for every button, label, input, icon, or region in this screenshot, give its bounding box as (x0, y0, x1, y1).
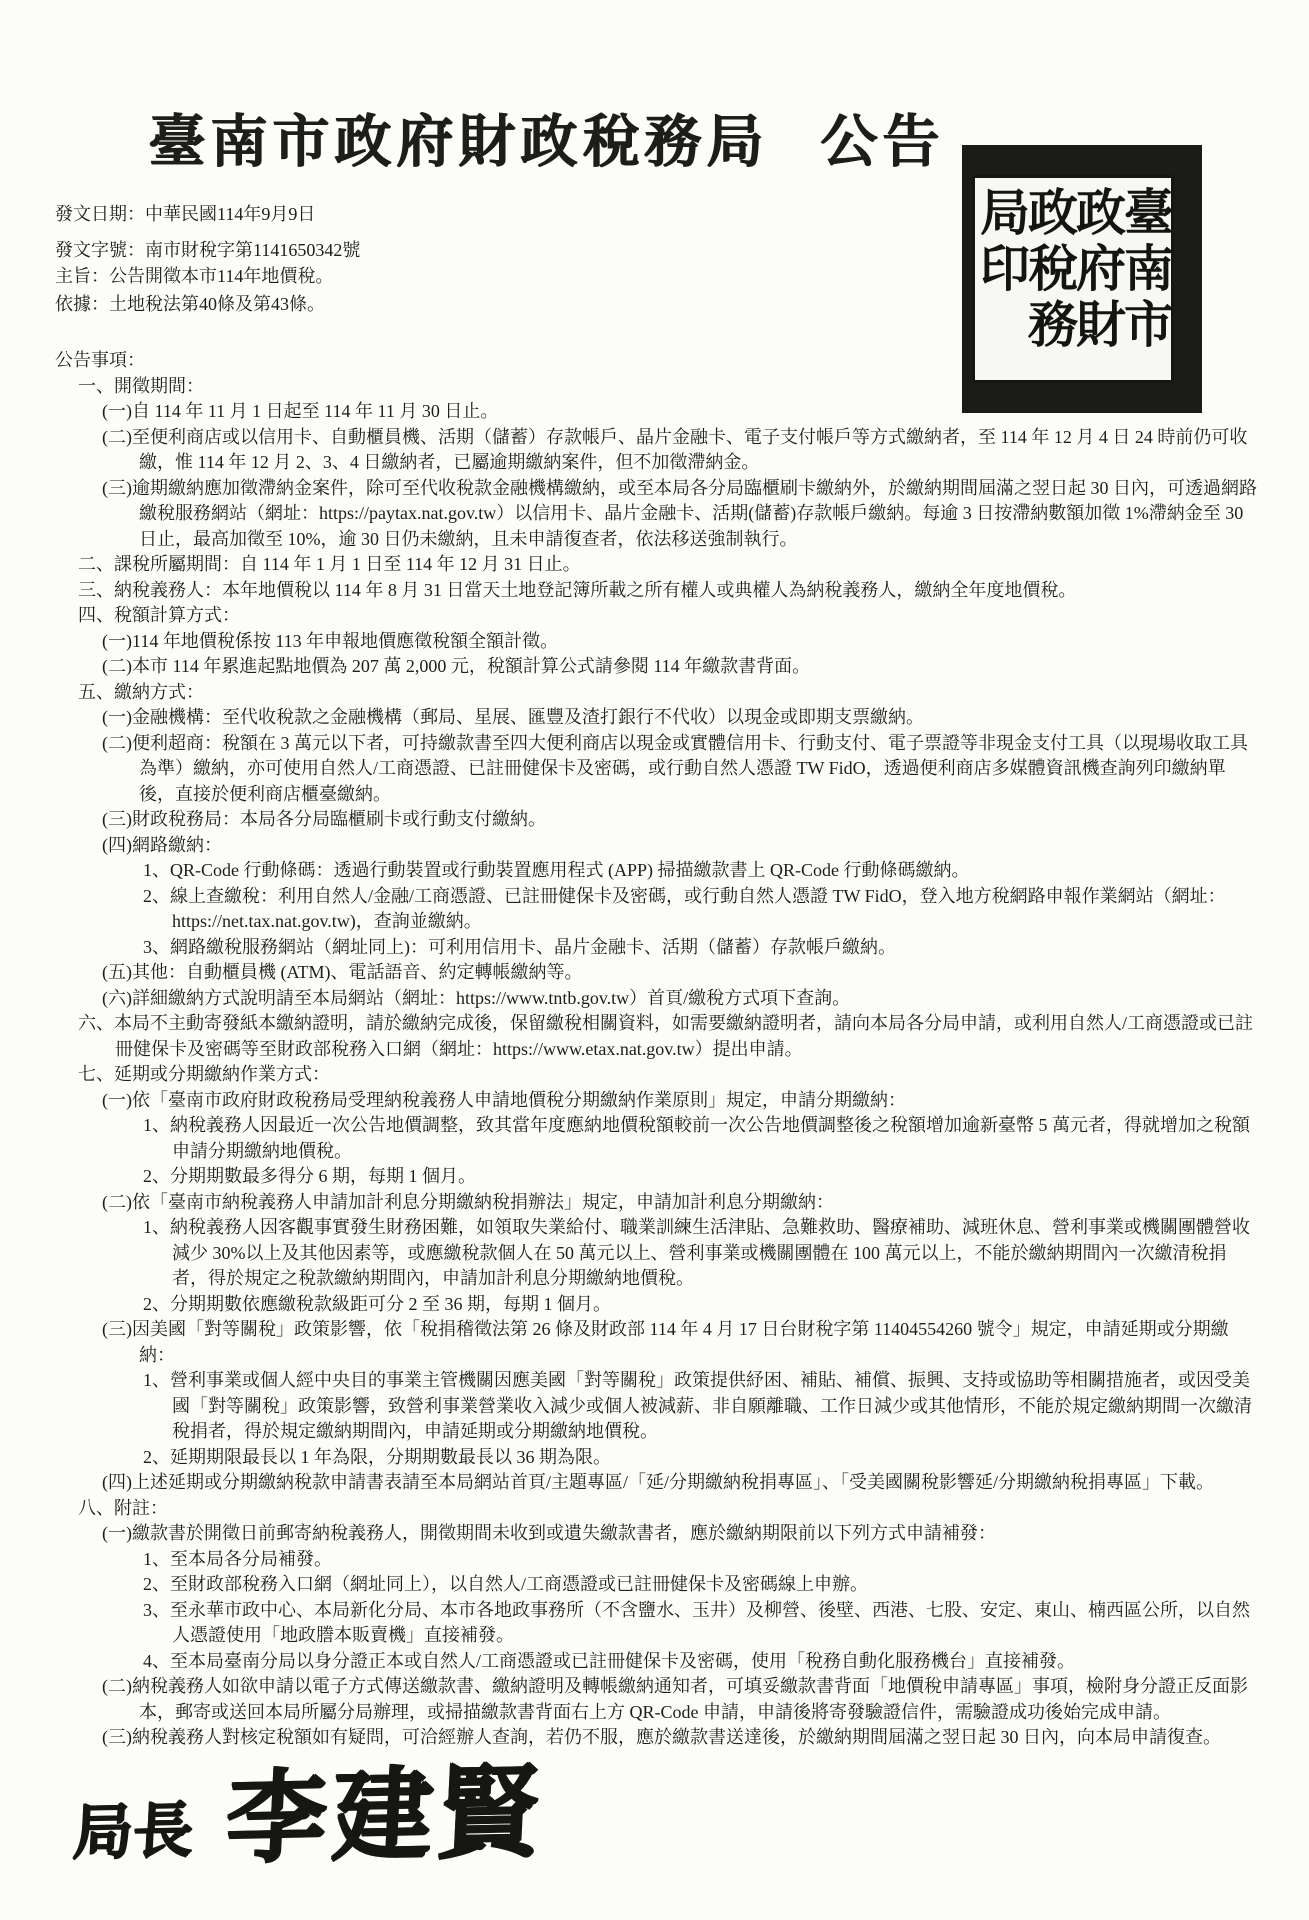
announcement-line-label: (六) (102, 988, 132, 1008)
announcement-line: (一)依「臺南市政府財政稅務局受理納稅義務人申請地價稅分期繳納作業原則」規定，申… (55, 1088, 1257, 1114)
announcement-line: (四)網路繳納： (55, 833, 1257, 859)
announcement-line: 一、開徵期間： (55, 374, 1257, 400)
announcement-line-label: 1、 (143, 1549, 170, 1569)
announcement-line-label: 2、 (143, 1447, 170, 1467)
announcement-line-label: (二) (102, 656, 132, 676)
issue-date-label: 發文日期： (55, 204, 145, 224)
announcement-line: 1、至本局各分局補發。 (55, 1547, 1257, 1573)
announcement-line: 八、附註： (55, 1496, 1257, 1522)
announcement-line: 2、延期期限最長以 1 年為限，分期期數最長以 36 期為限。 (55, 1445, 1257, 1471)
issue-date-value: 中華民國114年9月9日 (145, 204, 315, 224)
announcement-line: (一)114 年地價稅係按 113 年申報地價應徵稅額全額計徵。 (55, 629, 1257, 655)
announcement-line-label: (一) (102, 1090, 132, 1110)
announcement-line-label: (二) (102, 427, 132, 447)
basis-row: 依據：土地稅法第40條及第43條。 (55, 290, 333, 318)
announcement-line: 二、課稅所屬期間：自 114 年 1 月 1 日至 114 年 12 月 31 … (55, 552, 1257, 578)
subject-value: 公告開徵本市114年地價稅。 (109, 266, 333, 286)
announcement-line: 三、納稅義務人：本年地價稅以 114 年 8 月 31 日當天土地登記簿所載之所… (55, 578, 1257, 604)
basis-value: 土地稅法第40條及第43條。 (109, 294, 325, 314)
announcement-line: 1、營利事業或個人經中央目的事業主管機關因應美國「對等關稅」政策提供紓困、補貼、… (55, 1368, 1257, 1445)
announcement-line-label: (三) (102, 478, 132, 498)
announcement-line: (四)上述延期或分期繳納稅款申請書表請至本局網站首頁/主題專區/「延/分期繳納稅… (55, 1470, 1257, 1496)
announcement-line: 3、至永華市政中心、本局新化分局、本市各地政事務所（不含鹽水、玉井）及柳營、後壁… (55, 1598, 1257, 1649)
document-meta: 發文日期：中華民國114年9月9日 發文字號：南市財稅字第1141650342號 (55, 196, 360, 268)
announcement-line: (一)金融機構：至代收稅款之金融機構（郵局、星展、匯豐及渣打銀行不代收）以現金或… (55, 705, 1257, 731)
announcement-line-label: 3、 (143, 937, 170, 957)
subject-label: 主旨： (55, 266, 109, 286)
announcement-line-label: 八、 (78, 1498, 114, 1518)
announcement-line-label: 2、 (143, 1294, 170, 1314)
announcement-line-label: (一) (102, 707, 132, 727)
title-announcement-word: 公告 (820, 96, 944, 178)
signature-name: 李建賢 (224, 1763, 547, 1870)
announcement-line-label: (三) (102, 1727, 132, 1747)
announcement-line: 2、分期期數依應繳稅款級距可分 2 至 36 期，每期 1 個月。 (55, 1292, 1257, 1318)
signature-title: 局長 (71, 1800, 194, 1873)
signature-block: 局長 李建賢 (71, 1763, 545, 1873)
announcement-line-label: (一) (102, 631, 132, 651)
announcement-line: (五)其他：自動櫃員機 (ATM)、電話語音、約定轉帳繳納等。 (55, 960, 1257, 986)
announcement-line: 六、本局不主動寄發紙本繳納證明，請於繳納完成後，保留繳稅相關資料，如需要繳納證明… (55, 1011, 1257, 1062)
announcement-line: 3、網路繳稅服務網站（網址同上)：可利用信用卡、晶片金融卡、活期（儲蓄）存款帳戶… (55, 935, 1257, 961)
announcement-line-label: 2、 (143, 886, 170, 906)
announcement-line-label: 三、 (78, 580, 114, 600)
announcement-line-label: 四、 (78, 605, 114, 625)
announcement-line-label: (三) (102, 809, 132, 829)
announcement-line: (二)納稅義務人如欲申請以電子方式傳送繳款書、繳納證明及轉帳繳納通知者，可填妥繳… (55, 1674, 1257, 1725)
title-agency: 臺南市政府財政稅務局 (148, 96, 768, 178)
announcement-line-label: (五) (102, 962, 132, 982)
announcement-line: 2、分期期數最多得分 6 期，每期 1 個月。 (55, 1164, 1257, 1190)
announcement-section: 公告事項： 一、開徵期間：(一)自 114 年 11 月 1 日起至 114 年… (55, 348, 1257, 1751)
announcement-heading: 公告事項： (55, 348, 1257, 374)
announcement-line: 1、QR-Code 行動條碼：透過行動裝置或行動裝置應用程式 (APP) 掃描繳… (55, 858, 1257, 884)
announcement-line-label: 2、 (143, 1574, 170, 1594)
document-page: 臺南市政府財政稅務局 公告 臺南市政府財政稅務局印 發文日期：中華民國114年9… (0, 0, 1309, 1920)
announcement-line: 五、繳納方式： (55, 680, 1257, 706)
announcement-line: (三)財政稅務局：本局各分局臨櫃刷卡或行動支付繳納。 (55, 807, 1257, 833)
announcement-line-label: 1、 (143, 1370, 170, 1390)
announcement-line: (六)詳細繳納方式說明請至本局網站（網址：https://www.tntb.go… (55, 986, 1257, 1012)
announcement-line-label: 二、 (78, 554, 114, 574)
announcement-line: (二)依「臺南市納稅義務人申請加計利息分期繳納稅捐辦法」規定，申請加計利息分期繳… (55, 1190, 1257, 1216)
announcement-line: 1、納稅義務人因最近一次公告地價調整，致其當年度應納地價稅額較前一次公告地價調整… (55, 1113, 1257, 1164)
announcement-line-label: (一) (102, 401, 132, 421)
issue-date-row: 發文日期：中華民國114年9月9日 (55, 196, 360, 232)
announcement-line-label: 五、 (78, 682, 114, 702)
announcement-line-label: 七、 (78, 1064, 114, 1084)
subject-block: 主旨：公告開徵本市114年地價稅。 依據：土地稅法第40條及第43條。 (55, 262, 333, 318)
announcement-line: 1、納稅義務人因客觀事實發生財務困難，如領取失業給付、職業訓練生活津貼、急難救助… (55, 1215, 1257, 1292)
doc-number-value: 南市財稅字第1141650342號 (145, 240, 360, 260)
announcement-line-label: (二) (102, 1676, 132, 1696)
seal-script-text: 臺南市政府財政稅務局印 (977, 186, 1169, 372)
page-title: 臺南市政府財政稅務局 公告 (148, 96, 944, 178)
announcement-body: 一、開徵期間：(一)自 114 年 11 月 1 日起至 114 年 11 月 … (55, 374, 1257, 1751)
announcement-line-label: (四) (102, 835, 132, 855)
announcement-line-label: (一) (102, 1523, 132, 1543)
announcement-line-label: (四) (102, 1472, 132, 1492)
announcement-line-label: 一、 (78, 376, 114, 396)
announcement-line-label: 1、 (143, 1115, 170, 1135)
announcement-line: (三)納稅義務人對核定稅額如有疑問，可洽經辦人查詢，若仍不服，應於繳款書送達後，… (55, 1725, 1257, 1751)
announcement-line: 4、至本局臺南分局以身分證正本或自然人/工商憑證或已註冊健保卡及密碼，使用「稅務… (55, 1649, 1257, 1675)
announcement-line: (三)因美國「對等關稅」政策影響，依「稅捐稽徵法第 26 條及財政部 114 年… (55, 1317, 1257, 1368)
announcement-line: 七、延期或分期繳納作業方式： (55, 1062, 1257, 1088)
announcement-line-label: (三) (102, 1319, 132, 1339)
subject-row: 主旨：公告開徵本市114年地價稅。 (55, 262, 333, 290)
announcement-line: 2、線上查繳稅：利用自然人/金融/工商憑證、已註冊健保卡及密碼，或行動自然人憑證… (55, 884, 1257, 935)
doc-number-label: 發文字號： (55, 240, 145, 260)
announcement-line: 四、稅額計算方式： (55, 603, 1257, 629)
basis-label: 依據： (55, 294, 109, 314)
announcement-line-label: 4、 (143, 1651, 170, 1671)
announcement-line-label: 六、 (78, 1013, 114, 1033)
announcement-line: (一)自 114 年 11 月 1 日起至 114 年 11 月 30 日止。 (55, 399, 1257, 425)
announcement-line-label: (二) (102, 733, 132, 753)
announcement-line-label: 3、 (143, 1600, 170, 1620)
announcement-line: (三)逾期繳納應加徵滯納金案件，除可至代收稅款金融機構繳納，或至本局各分局臨櫃刷… (55, 476, 1257, 553)
announcement-line: (一)繳款書於開徵日前郵寄納稅義務人，開徵期間未收到或遺失繳款書者，應於繳納期限… (55, 1521, 1257, 1547)
announcement-line: 2、至財政部稅務入口網（網址同上），以自然人/工商憑證或已註冊健保卡及密碼線上申… (55, 1572, 1257, 1598)
announcement-line: (二)本市 114 年累進起點地價為 207 萬 2,000 元，稅額計算公式請… (55, 654, 1257, 680)
announcement-line-label: 2、 (143, 1166, 170, 1186)
announcement-line: (二)便利超商：稅額在 3 萬元以下者，可持繳款書至四大便利商店以現金或實體信用… (55, 731, 1257, 808)
announcement-line-label: 1、 (143, 860, 170, 880)
announcement-line-label: (二) (102, 1192, 132, 1212)
announcement-line: (二)至便利商店或以信用卡、自動櫃員機、活期（儲蓄）存款帳戶、晶片金融卡、電子支… (55, 425, 1257, 476)
announcement-line-label: 1、 (143, 1217, 170, 1237)
